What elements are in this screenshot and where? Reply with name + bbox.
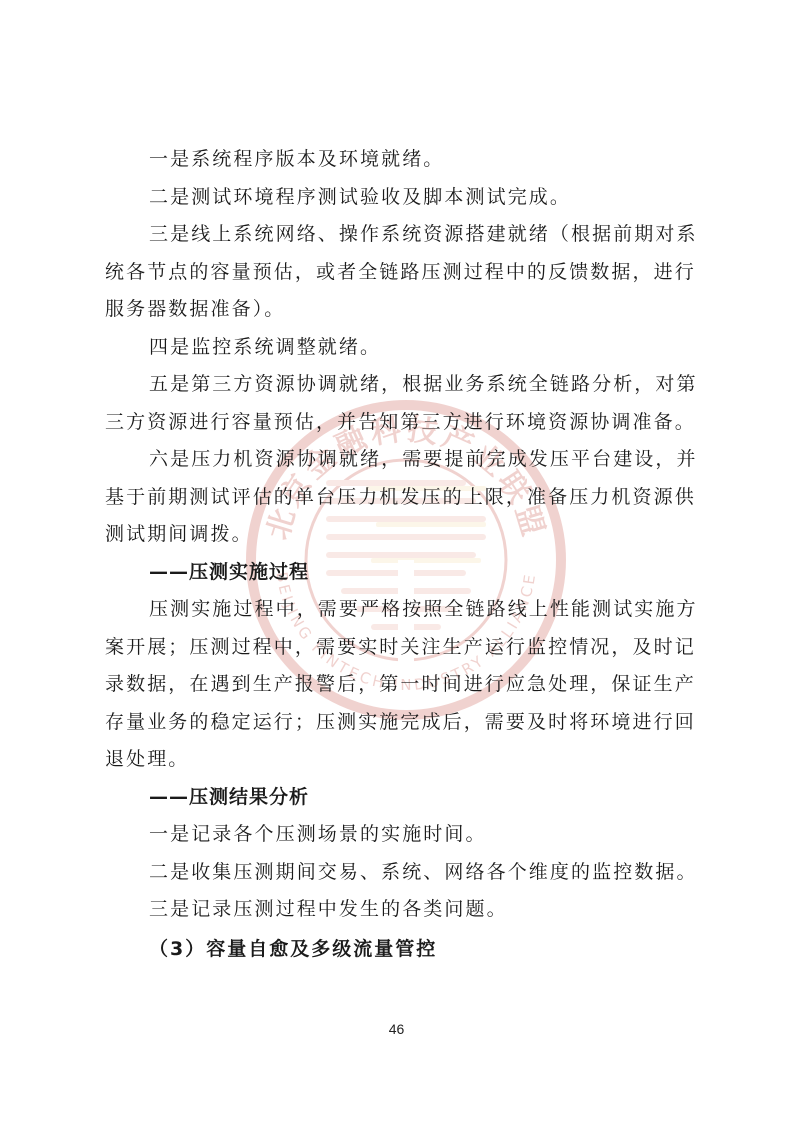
paragraph-result-1: 一是记录各个压测场景的实施时间。 <box>105 816 695 854</box>
subheading-implementation: ——压测实施过程 <box>105 554 695 592</box>
paragraph-result-2: 二是收集压测期间交易、系统、网络各个维度的监控数据。 <box>105 854 695 892</box>
paragraph-implementation-line-4: 存量业务的稳定运行；压测实施完成后，需要及时将环境进行回 <box>105 704 695 742</box>
paragraph-item-6-line-1: 六是压力机资源协调就绪，需要提前完成发压平台建设，并 <box>105 441 695 479</box>
paragraph-result-3: 三是记录压测过程中发生的各类问题。 <box>105 891 695 929</box>
paragraph-item-6-line-3: 测试期间调拨。 <box>105 516 695 554</box>
paragraph-item-3-line-1: 三是线上系统网络、操作系统资源搭建就绪（根据前期对系 <box>105 216 695 254</box>
document-body: 一是系统程序版本及环境就绪。 二是测试环境程序测试验收及脚本测试完成。 三是线上… <box>105 141 695 968</box>
paragraph-item-6-line-2: 基于前期测试评估的单台压力机发压的上限，准备压力机资源供 <box>105 479 695 517</box>
document-page: 北京金融科技产业联盟 BEIJING FINTECH INDUSTRY ALLI… <box>0 0 793 1122</box>
section-heading-3: （3）容量自愈及多级流量管控 <box>105 931 695 969</box>
paragraph-implementation-line-2: 案开展；压测过程中，需要实时关注生产运行监控情况，及时记 <box>105 629 695 667</box>
paragraph-item-4: 四是监控系统调整就绪。 <box>105 329 695 367</box>
paragraph-item-3-line-3: 服务器数据准备）。 <box>105 291 695 329</box>
subheading-result-analysis: ——压测结果分析 <box>105 779 695 817</box>
paragraph-item-3-line-2: 统各节点的容量预估，或者全链路压测过程中的反馈数据，进行 <box>105 254 695 292</box>
paragraph-implementation-line-1: 压测实施过程中，需要严格按照全链路线上性能测试实施方 <box>105 591 695 629</box>
paragraph-item-2: 二是测试环境程序测试验收及脚本测试完成。 <box>105 179 695 217</box>
paragraph-item-5-line-1: 五是第三方资源协调就绪，根据业务系统全链路分析，对第 <box>105 366 695 404</box>
paragraph-item-5-line-2: 三方资源进行容量预估，并告知第三方进行环境资源协调准备。 <box>105 404 695 442</box>
paragraph-item-1: 一是系统程序版本及环境就绪。 <box>105 141 695 179</box>
page-number: 46 <box>0 1021 793 1037</box>
paragraph-implementation-line-3: 录数据，在遇到生产报警后，第一时间进行应急处理，保证生产 <box>105 666 695 704</box>
paragraph-implementation-line-5: 退处理。 <box>105 741 695 779</box>
